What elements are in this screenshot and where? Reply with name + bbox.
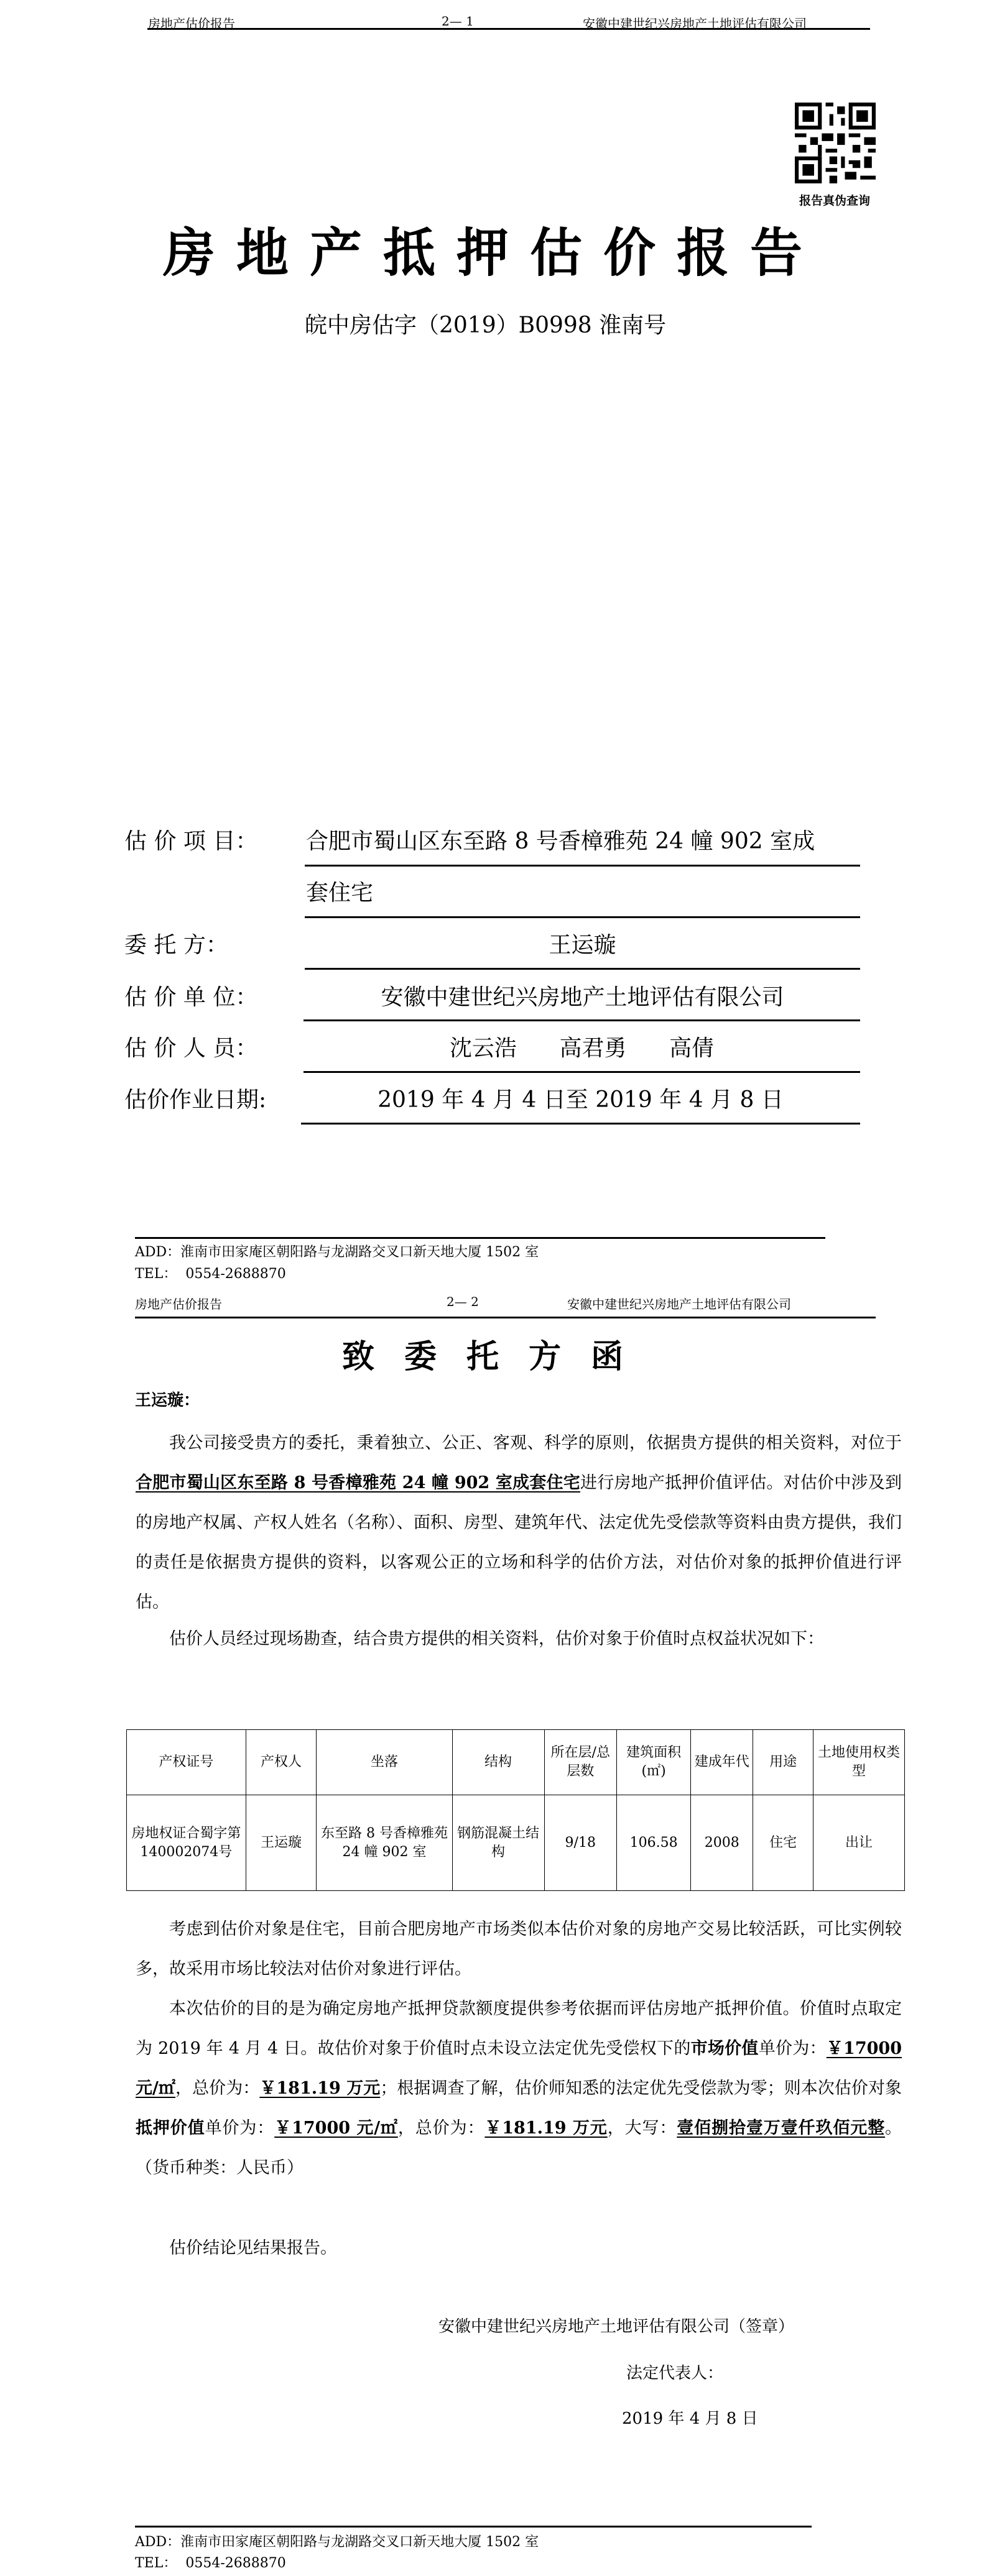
salutation: 王运璇： [135,1387,200,1410]
p2-text: 估价人员经过现场勘查，结合贵方提供的相关资料，估价对象于价值时点权益状况如下： [136,1629,824,1649]
letter-title: 致委托方函 [342,1330,653,1377]
col-header: 产权人 [246,1730,317,1795]
field-label-client: 委 托 方： [124,927,228,959]
underline [304,1019,860,1021]
total-price: ￥181.19 万元 [259,2079,380,2098]
cell-cert-no: 房地权证合蜀字第140002074号 [127,1795,246,1891]
mortgage-unit-price: ￥17000 元/㎡ [274,2118,398,2138]
col-header: 结构 [452,1730,544,1795]
field-label-project: 估 价 项 目： [124,824,257,855]
field-value-work-date: 2019 年 4 月 4 日至 2019 年 4 月 8 日 [301,1082,860,1114]
footer-rule [135,2526,812,2528]
footer-tel: TEL： 0554-2688870 [135,1263,286,1282]
field-label-work-date: 估价作业日期: [124,1082,266,1114]
col-header: 建筑面积(㎡) [616,1730,690,1795]
paragraph-1: 我公司接受贵方的委托，秉着独立、公正、客观、科学的原则，依据贵方提供的相关资料，… [136,1424,902,1622]
footer-address: ADD：淮南市田家庵区朝阳路与龙湖路交叉口新天地大厦 1502 室 [135,2531,539,2551]
underline [305,865,860,867]
field-value-client: 王运璇 [305,927,860,959]
p4-text: 单价为： [205,2118,275,2138]
paragraph-3: 考虑到估价对象是住宅，目前合肥房地产市场类似本估价对象的房地产交易比较活跃，可比… [136,1910,902,1989]
cell-area: 106.58 [616,1795,690,1891]
field-label-valuer-unit: 估 价 单 位： [124,980,257,1011]
property-address: 合肥市蜀山区东至路 8 号香樟雅苑 24 幢 902 室成套住宅 [136,1473,580,1493]
report-title: 房地产抵押估价报告 [163,211,823,287]
paragraph-5: 估价结论见结果报告。 [136,2229,902,2268]
header-page-number: 2— 2 [447,1294,479,1309]
p4-text: ，总价为： [398,2118,484,2138]
p4-text: ，大写： [608,2118,677,2138]
footer-tel: TEL： 0554-2688870 [135,2552,286,2572]
market-value-label: 市场价值 [691,2039,759,2058]
header-left: 房地产估价报告 [135,1294,222,1312]
p1-text: 我公司接受贵方的委托，秉着独立、公正、客观、科学的原则，依据贵方提供的相关资料，… [136,1433,902,1453]
field-value-valuers: 沈云浩 高君勇 高倩 [304,1031,860,1062]
table-header-row: 产权证号 产权人 坐落 结构 所在层/总层数 建筑面积(㎡) 建成年代 用途 土… [127,1730,905,1795]
mortgage-value-label: 抵押价值 [136,2118,205,2138]
signature-company: 安徽中建世纪兴房地产土地评估有限公司（签章） [438,2314,794,2337]
col-header: 用途 [753,1730,813,1795]
property-info-table: 产权证号 产权人 坐落 结构 所在层/总层数 建筑面积(㎡) 建成年代 用途 土… [126,1729,905,1891]
paragraph-2: 估价人员经过现场勘查，结合贵方提供的相关资料，估价对象于价值时点权益状况如下： [136,1619,902,1659]
underline [301,1123,860,1125]
cell-land-right: 出让 [813,1795,904,1891]
signature-date: 2019 年 4 月 8 日 [622,2406,758,2429]
header-page-number: 2— 1 [442,14,474,29]
col-header: 产权证号 [127,1730,246,1795]
col-header: 土地使用权类型 [813,1730,904,1795]
underline [305,916,860,918]
footer-address: ADD：淮南市田家庵区朝阳路与龙湖路交叉口新天地大厦 1502 室 [135,1241,539,1261]
header-rule [147,28,870,30]
cell-structure: 钢筋混凝土结构 [452,1795,544,1891]
field-value-project-line2: 套住宅 [306,875,373,907]
p1-text-cont: 进行房地产抵押价值评估。对估价中涉及到的房地产权属、产权人姓名（名称）、面积、房… [136,1473,902,1612]
qr-caption: 报告真伪查询 [799,191,870,208]
p3-text: 考虑到估价对象是住宅，目前合肥房地产市场类似本估价对象的房地产交易比较活跃，可比… [136,1920,902,1979]
cell-location: 东至路 8 号香樟雅苑 24 幢 902 室 [317,1795,452,1891]
field-label-valuers: 估 价 人 员： [124,1031,257,1062]
field-value-valuer-unit: 安徽中建世纪兴房地产土地评估有限公司 [305,980,860,1011]
cell-owner: 王运璇 [246,1795,317,1891]
p4-text: ；根据调查了解，估价师知悉的法定优先受偿款为零；则本次估价对象 [380,2079,902,2098]
field-value-project-line1: 合肥市蜀山区东至路 8 号香樟雅苑 24 幢 902 室成 [306,824,815,855]
footer-rule [135,1237,825,1239]
table-row: 房地权证合蜀字第140002074号 王运璇 东至路 8 号香樟雅苑 24 幢 … [127,1795,905,1891]
cell-floor: 9/18 [544,1795,616,1891]
p4-text: ，总价为： [175,2079,259,2098]
qr-code-icon [795,103,876,183]
total-in-words: 壹佰捌拾壹万壹仟玖佰元整 [677,2118,885,2138]
legal-representative: 法定代表人： [626,2360,723,2383]
mortgage-total-price: ￥181.19 万元 [484,2118,607,2138]
header-rule [135,1317,876,1318]
header-right: 安徽中建世纪兴房地产土地评估有限公司 [567,1294,791,1312]
paragraph-4: 本次估价的目的是为确定房地产抵押贷款额度提供参考依据而评估房地产抵押价值。价值时… [136,1989,902,2188]
col-header: 建成年代 [691,1730,753,1795]
col-header: 所在层/总层数 [544,1730,616,1795]
document-number: 皖中房估字（2019）B0998 淮南号 [305,308,666,339]
underline [305,968,860,970]
cell-year: 2008 [691,1795,753,1891]
p4-text: 单价为： [759,2039,827,2058]
p5-text: 估价结论见结果报告。 [136,2238,337,2258]
cell-usage: 住宅 [753,1795,813,1891]
underline [304,1071,860,1073]
col-header: 坐落 [317,1730,452,1795]
